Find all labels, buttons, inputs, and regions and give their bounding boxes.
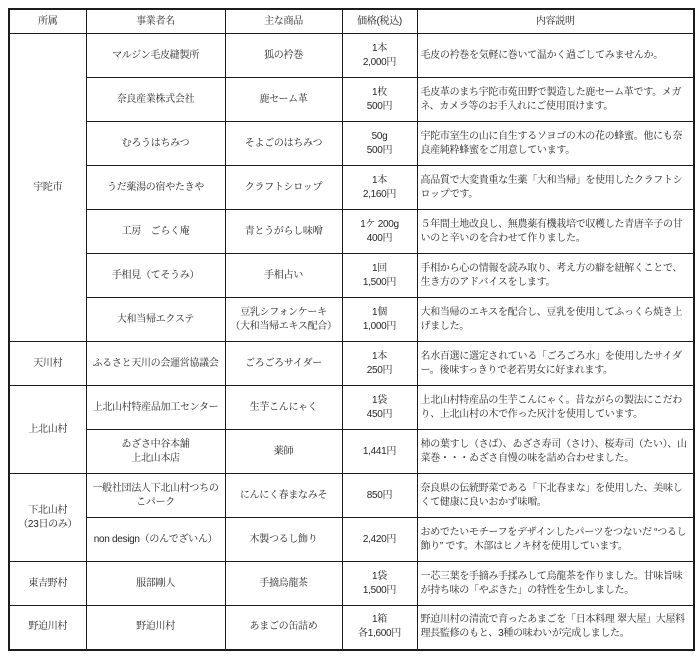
business-name-cell: 手相見（てそうみ） [86,254,225,298]
table-row: 奈良産業株式会社鹿セーム革1枚 500円毛皮革のまち宇陀市菟田野で製造した鹿セー… [9,78,694,122]
table-row: 工房 ごらく庵青とうがらし味噌1ケ 200g 400円５年間土地改良し、無農薬有… [9,210,694,254]
description-cell: 上北山村特産品の生芋こんにゃく。昔ながらの製法にこだわり、上北山村の木で作った灰… [417,386,694,430]
description-cell: 奈良県の伝統野菜である「下北春まな」を使用した、美味しくて健康に良いおかず味噌。 [417,474,694,518]
table-row: 上北山村上北山村特産品加工センター生芋こんにゃく1袋 450円上北山村特産品の生… [9,386,694,430]
document-sheet: 所属 事業者名 主な商品 価格(税込) 内容説明 宇陀市マルジン毛皮縫製所狐の衿… [8,8,695,651]
column-header-price: 価格(税込) [342,9,417,34]
main-product-cell: 豆乳シフォンケーキ （大和当帰エキス配合） [225,298,342,342]
business-name-cell: むろうはちみつ [86,122,225,166]
column-header-affiliation: 所属 [9,9,86,34]
main-product-cell: 鹿セーム革 [225,78,342,122]
business-name-cell: 一般社団法人下北山村つちのこパーク [86,474,225,518]
main-product-cell: ごろごろサイダー [225,342,342,386]
header-row: 所属 事業者名 主な商品 価格(税込) 内容説明 [9,9,694,34]
price-cell: 2,420円 [342,518,417,562]
table-header: 所属 事業者名 主な商品 価格(税込) 内容説明 [9,9,694,34]
main-product-cell: クラフトシロップ [225,166,342,210]
main-product-cell: 手相占い [225,254,342,298]
price-cell: 1,441円 [342,430,417,474]
business-name-cell: マルジン毛皮縫製所 [86,34,225,78]
region-cell: 野迫川村 [9,606,86,650]
main-product-cell: 木製つるし飾り [225,518,342,562]
main-product-cell: そよごのはちみつ [225,122,342,166]
description-cell: 宇陀市室生の山に自生するソヨゴの木の花の蜂蜜。他にも奈良産純粋蜂蜜をご用意してい… [417,122,694,166]
business-name-cell: 工房 ごらく庵 [86,210,225,254]
column-header-business-name: 事業者名 [86,9,225,34]
main-product-cell: 青とうがらし味噌 [225,210,342,254]
price-cell: 1個 1,000円 [342,298,417,342]
table-row: non design（のんでざいん）木製つるし飾り2,420円おめでたいモチーフ… [9,518,694,562]
table-row: むろうはちみつそよごのはちみつ50g 500円宇陀市室生の山に自生するソヨゴの木… [9,122,694,166]
description-cell: おめでたいモチーフをデザインしたパーツをつないだ “つるし飾り” です。木部はヒ… [417,518,694,562]
business-name-cell: 服部剛人 [86,562,225,606]
main-product-cell: 薬師 [225,430,342,474]
description-cell: 手相から心の情報を読み取り、考え方の癖を紐解くことで、生き方のアドバイスをします… [417,254,694,298]
description-cell: 野迫川村の清流で育ったあまごを「日本料理 翠大屋」大屋料理長監修のもと、3種の味… [417,606,694,650]
main-product-cell: 狐の衿巻 [225,34,342,78]
description-cell: ５年間土地改良し、無農薬有機栽培で収穫した青唐辛子の甘いのと辛いのを合わせて作り… [417,210,694,254]
business-name-cell: うだ薬湯の宿やたきや [86,166,225,210]
table-body: 宇陀市マルジン毛皮縫製所狐の衿巻1本 2,000円毛皮の衿巻を気軽に巻いて温かく… [9,34,694,650]
price-cell: 1袋 450円 [342,386,417,430]
price-cell: 1回 1,500円 [342,254,417,298]
description-cell: 柿の葉すし（さば）、ゐざさ寿司（さけ）、桜寿司（たい）、山菜巻・・・ゐざさ自慢の… [417,430,694,474]
business-name-cell: 野迫川村 [86,606,225,650]
table-row: 野迫川村野迫川村あまごの缶詰め1箱 各1,600円野迫川村の清流で育ったあまごを… [9,606,694,650]
table-row: 東吉野村服部剛人手摘烏龍茶1袋 1,500円一芯三葉を手摘み手揉みして烏龍茶を作… [9,562,694,606]
column-header-main-product: 主な商品 [225,9,342,34]
description-cell: 高品質で大変貴重な生薬「大和当帰」を使用したクラフトシロップです。 [417,166,694,210]
price-cell: 1ケ 200g 400円 [342,210,417,254]
table-row: 手相見（てそうみ）手相占い1回 1,500円手相から心の情報を読み取り、考え方の… [9,254,694,298]
business-name-cell: ふるさと天川の会運営協議会 [86,342,225,386]
table-row: 宇陀市マルジン毛皮縫製所狐の衿巻1本 2,000円毛皮の衿巻を気軽に巻いて温かく… [9,34,694,78]
product-list-table: 所属 事業者名 主な商品 価格(税込) 内容説明 宇陀市マルジン毛皮縫製所狐の衿… [8,8,695,651]
price-cell: 1本 2,160円 [342,166,417,210]
region-cell: 下北山村 （23日のみ） [9,474,86,562]
column-header-description: 内容説明 [417,9,694,34]
price-cell: 1本 2,000円 [342,34,417,78]
region-cell: 上北山村 [9,386,86,474]
region-cell: 東吉野村 [9,562,86,606]
business-name-cell: non design（のんでざいん） [86,518,225,562]
price-cell: 1枚 500円 [342,78,417,122]
region-cell: 宇陀市 [9,34,86,342]
price-cell: 1袋 1,500円 [342,562,417,606]
business-name-cell: 大和当帰エクステ [86,298,225,342]
description-cell: 毛皮革のまち宇陀市菟田野で製造した鹿セーム革です。メガネ、カメラ等のお手入れにご… [417,78,694,122]
price-cell: 850円 [342,474,417,518]
description-cell: 大和当帰のエキスを配合し、豆乳を使用してふっくら焼き上げました。 [417,298,694,342]
table-row: 大和当帰エクステ豆乳シフォンケーキ （大和当帰エキス配合）1個 1,000円大和… [9,298,694,342]
main-product-cell: 生芋こんにゃく [225,386,342,430]
description-cell: 名水百選に選定されている「ごろごろ水」を使用したサイダー。後味すっきりで老若男女… [417,342,694,386]
main-product-cell: 手摘烏龍茶 [225,562,342,606]
business-name-cell: 上北山村特産品加工センター [86,386,225,430]
table-row: ゐざさ中谷本舗 上北山本店薬師1,441円柿の葉すし（さば）、ゐざさ寿司（さけ）… [9,430,694,474]
main-product-cell: にんにく春まなみそ [225,474,342,518]
table-row: うだ薬湯の宿やたきやクラフトシロップ1本 2,160円高品質で大変貴重な生薬「大… [9,166,694,210]
business-name-cell: 奈良産業株式会社 [86,78,225,122]
price-cell: 1本 250円 [342,342,417,386]
business-name-cell: ゐざさ中谷本舗 上北山本店 [86,430,225,474]
table-row: 天川村ふるさと天川の会運営協議会ごろごろサイダー1本 250円名水百選に選定され… [9,342,694,386]
price-cell: 1箱 各1,600円 [342,606,417,650]
description-cell: 一芯三葉を手摘み手揉みして烏龍茶を作りました。甘味旨味が持ち味の「やぶきた」の特… [417,562,694,606]
description-cell: 毛皮の衿巻を気軽に巻いて温かく過ごしてみませんか。 [417,34,694,78]
region-cell: 天川村 [9,342,86,386]
table-row: 下北山村 （23日のみ）一般社団法人下北山村つちのこパークにんにく春まなみそ85… [9,474,694,518]
main-product-cell: あまごの缶詰め [225,606,342,650]
price-cell: 50g 500円 [342,122,417,166]
